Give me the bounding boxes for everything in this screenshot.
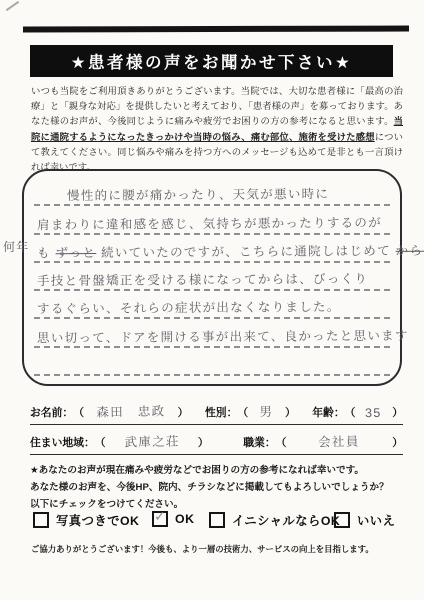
- handwritten-text: 手技と骨盤矯正を受ける様になってからは、びっくり: [37, 269, 368, 289]
- testimonial-empty-line: [34, 348, 390, 376]
- handwritten-text: 思い切って、ドアを開ける事が出来て、良かったと思います: [37, 325, 409, 346]
- option-ok[interactable]: ✓ OK: [152, 511, 194, 527]
- handwritten-segment: も: [37, 246, 51, 260]
- testimonial-margin-note: 何年: [3, 238, 30, 255]
- paren: ）: [392, 435, 403, 450]
- scan-artifact: [6, 1, 19, 11]
- testimonial-box: 慢性的に腰が痛かったり、天気が悪い時に 肩まわりに違和感を感じ、気持ちが悪かった…: [22, 169, 402, 386]
- area-field: 武庫之荘: [105, 431, 198, 451]
- checkbox-ok-checked[interactable]: ✓: [152, 511, 168, 527]
- handwritten-text: するぐらい、それらの症状が出なくなりました。: [37, 297, 341, 317]
- consent-note-2: あなた様のお声を、今後HP、院内、チラシなどに掲載してもよろしいでしょうか？: [30, 479, 408, 496]
- intro-paragraph: いつも当院をご利用頂きありがとうございます。当院では、大切な患者様に「最高の治療…: [31, 84, 403, 175]
- gender-label: 性別：: [205, 405, 237, 420]
- handwritten-struck-word: からは: [396, 243, 424, 257]
- paren: ）: [392, 405, 403, 420]
- checkbox-label: OK: [175, 512, 194, 526]
- testimonial-line-5: するぐらい、それらの症状が出なくなりました。: [34, 291, 390, 319]
- paren: ）: [178, 405, 189, 420]
- paren: （: [276, 435, 287, 450]
- age-field: 35: [355, 406, 392, 421]
- paren: （: [95, 435, 106, 450]
- checkbox-photo-ok[interactable]: [33, 512, 49, 528]
- checkbox-label: イニシャルならOK: [232, 511, 340, 529]
- form-title: ★患者様の声をお聞かせ下さい★: [71, 49, 353, 73]
- job-field: 会社員: [286, 431, 392, 451]
- scanned-patient-voice-form: ★患者様の声をお聞かせ下さい★ いつも当院をご利用頂きありがとうございます。当院…: [0, 0, 424, 600]
- handwritten-segment: 続いていたのですが、こちらに通院しはじめて: [101, 244, 391, 260]
- checkbox-label: いいえ: [357, 511, 395, 529]
- name-field: 森田 忠政: [84, 401, 178, 421]
- testimonial-line-3: も ずっと 続いていたのですが、こちらに通院しはじめて からは: [34, 235, 390, 263]
- checkbox-initials-ok[interactable]: [209, 512, 225, 528]
- top-edge-bar: [23, 25, 409, 32]
- intro-text-1: いつも当院をご利用頂きありがとうございます。当院では、大切な患者様に「最高の治療…: [31, 86, 403, 126]
- area-label: 住まい地域：: [30, 435, 95, 450]
- option-initials-ok[interactable]: イニシャルならOK: [209, 511, 340, 529]
- consent-options-row: 写真つきでOK ✓ OK イニシャルならOK いいえ: [0, 511, 424, 535]
- paren: （: [73, 405, 84, 420]
- testimonial-line-1: 慢性的に腰が痛かったり、天気が悪い時に: [34, 178, 390, 206]
- consent-note-1: ★あなたのお声が現在痛みや疲労などでお困りの方の参考になれば幸いです。: [30, 462, 408, 479]
- paren: （: [345, 405, 356, 420]
- checkbox-no[interactable]: [334, 512, 350, 528]
- job-label: 職業：: [243, 435, 275, 450]
- name-gender-age-row: お名前： （ 森田 忠政 ） 性別： （ 男 ） 年齢： （ 35 ）: [30, 398, 403, 425]
- handwritten-text: も ずっと 続いていたのですが、こちらに通院しはじめて からは: [37, 240, 424, 261]
- handwritten-struck-word: ずっと: [56, 246, 97, 260]
- paren: （: [237, 405, 248, 420]
- testimonial-line-4: 手技と骨盤矯正を受ける様になってからは、びっくり: [34, 263, 390, 291]
- name-label: お名前：: [30, 405, 73, 420]
- testimonial-line-6: 思い切って、ドアを開ける事が出来て、良かったと思います: [34, 319, 390, 347]
- age-label: 年齢：: [312, 405, 344, 420]
- paren: ）: [285, 405, 296, 420]
- check-mark: ✓: [154, 508, 167, 525]
- paren: ）: [198, 435, 209, 450]
- option-photo-ok[interactable]: 写真つきでOK: [33, 511, 139, 529]
- testimonial-line-2: 肩まわりに違和感を感じ、気持ちが悪かったりするのが: [34, 206, 390, 234]
- form-title-bar: ★患者様の声をお聞かせ下さい★: [30, 45, 393, 77]
- gender-field: 男: [248, 402, 285, 421]
- area-job-row: 住まい地域： （ 武庫之荘 ） 職業： （ 会社員 ）: [30, 428, 403, 455]
- footer-thanks-text: ご協力ありがとうございます！今後も、より一層の技術力、サービスの向上を目指します…: [31, 543, 413, 555]
- checkbox-label: 写真つきでOK: [56, 511, 139, 529]
- consent-notes: ★あなたのお声が現在痛みや疲労などでお困りの方の参考になれば幸いです。 あなた様…: [30, 462, 408, 514]
- handwritten-text: 肩まわりに違和感を感じ、気持ちが悪かったりするのが: [37, 212, 382, 232]
- option-no[interactable]: いいえ: [334, 511, 395, 529]
- handwritten-text: 慢性的に腰が痛かったり、天気が悪い時に: [67, 184, 329, 204]
